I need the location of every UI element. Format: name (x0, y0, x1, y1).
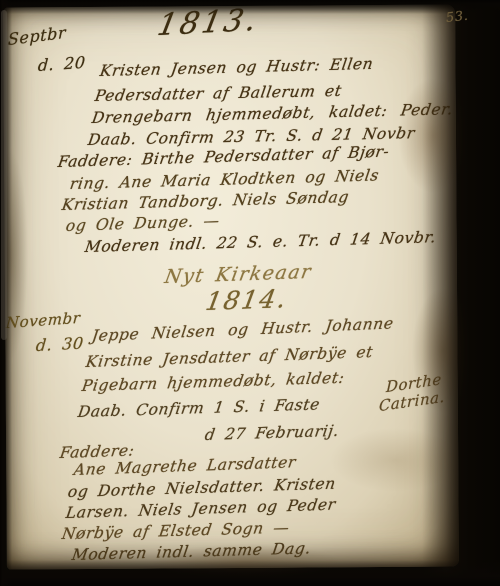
year-heading-1814: 1814. (203, 284, 290, 316)
scan-border-bottom (0, 560, 500, 586)
margin-day-1813: d. 20 (37, 53, 86, 75)
scan-border-top (0, 0, 500, 14)
book-gutter-shadow (422, 0, 500, 586)
margin-day-1814: d. 30 (35, 333, 84, 355)
folio-number: 53. (445, 9, 469, 26)
document-scan: 1813. 53. Septbr d. 20 Kristen Jensen og… (0, 0, 500, 586)
scan-edge-artifact (1, 10, 7, 340)
